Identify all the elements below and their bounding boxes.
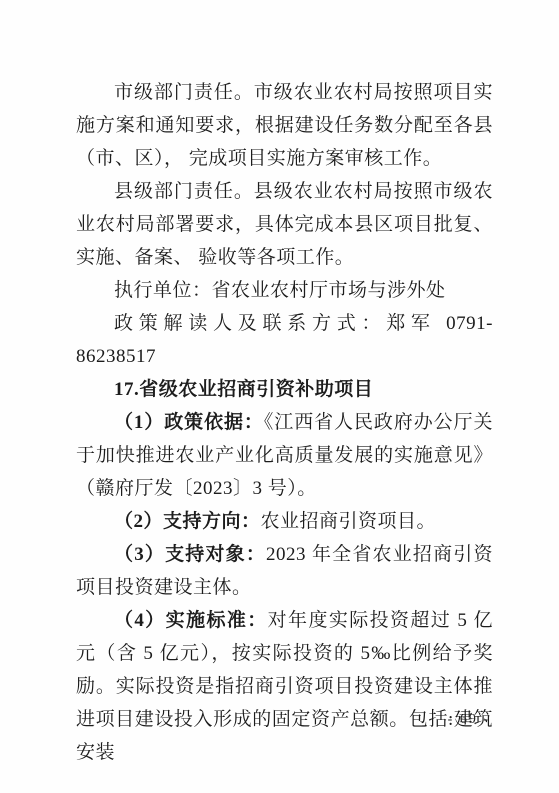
text-run: 农业招商引资项目。: [261, 511, 437, 532]
para-support-direction: （2）支持方向：农业招商引资项目。: [76, 505, 493, 538]
text-run: 对年度实际投资超过 5 亿元（含 5 亿元），按实际投资的 5‰比例给予奖励。实…: [76, 610, 493, 763]
bold-label-run: （3）支持对象：: [114, 544, 266, 565]
para-policy-contact: 政策解读人及联系方式：郑军 0791-86238517: [76, 307, 493, 373]
document-body: 市级部门责任。市级农业农村局按照项目实施方案和通知要求，根据建设任务数分配至各县…: [76, 76, 493, 769]
para-implementation-standard: （4）实施标准：对年度实际投资超过 5 亿元（含 5 亿元），按实际投资的 5‰…: [76, 604, 493, 769]
bold-label-run: （4）实施标准：: [114, 610, 268, 631]
text-run: 执行单位：省农业农村厅市场与涉外处: [114, 280, 446, 301]
page-number: - 69 -: [448, 712, 490, 728]
text-run: 县级部门责任。县级农业农村局按照市级农业农村局部署要求，具体完成本县区项目批复、…: [76, 181, 493, 268]
para-executing-unit: 执行单位：省农业农村厅市场与涉外处: [76, 274, 493, 307]
paragraphs: 市级部门责任。市级农业农村局按照项目实施方案和通知要求，根据建设任务数分配至各县…: [76, 76, 493, 769]
text-run: 市级部门责任。市级农业农村局按照项目实施方案和通知要求，根据建设任务数分配至各县…: [76, 82, 493, 169]
text-run: 政策解读人及联系方式：郑军 0791-86238517: [76, 313, 493, 367]
para-city-department-responsibility: 市级部门责任。市级农业农村局按照项目实施方案和通知要求，根据建设任务数分配至各县…: [76, 76, 493, 175]
bold-label-run: （1）政策依据：: [114, 412, 264, 433]
heading-item-17: 17.省级农业招商引资补助项目: [76, 373, 493, 406]
bold-label-run: （2）支持方向：: [114, 511, 261, 532]
document-page: 市级部门责任。市级农业农村局按照项目实施方案和通知要求，根据建设任务数分配至各县…: [0, 0, 559, 793]
bold-label-run: 17.省级农业招商引资补助项目: [114, 379, 373, 400]
para-county-department-responsibility: 县级部门责任。县级农业农村局按照市级农业农村局部署要求，具体完成本县区项目批复、…: [76, 175, 493, 274]
para-policy-basis: （1）政策依据：《江西省人民政府办公厅关于加快推进农业产业化高质量发展的实施意见…: [76, 406, 493, 505]
para-support-target: （3）支持对象：2023 年全省农业招商引资项目投资建设主体。: [76, 538, 493, 604]
